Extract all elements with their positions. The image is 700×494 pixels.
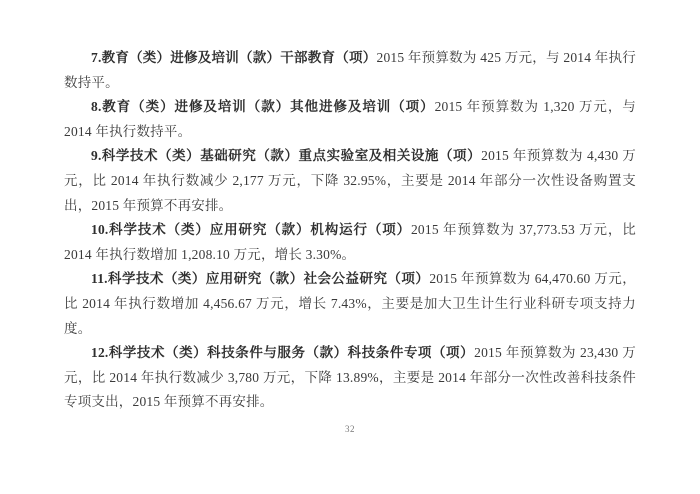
- paragraph-heading: 11.科学技术（类）应用研究（款）社会公益研究（项）: [91, 271, 429, 286]
- paragraph-item-12: 12.科学技术（类）科技条件与服务（款）科技条件专项（项）2015 年预算数为 …: [64, 341, 636, 415]
- page-number: 32: [0, 424, 700, 434]
- document-page: 7.教育（类）进修及培训（款）干部教育（项）2015 年预算数为 425 万元，…: [0, 0, 700, 494]
- paragraph-heading: 8.教育（类）进修及培训（款）其他进修及培训（项）: [91, 99, 435, 114]
- paragraph-item-7: 7.教育（类）进修及培训（款）干部教育（项）2015 年预算数为 425 万元，…: [64, 46, 636, 95]
- paragraph-heading: 9.科学技术（类）基础研究（款）重点实验室及相关设施（项）: [91, 148, 481, 163]
- paragraph-item-9: 9.科学技术（类）基础研究（款）重点实验室及相关设施（项）2015 年预算数为 …: [64, 144, 636, 218]
- paragraph-item-10: 10.科学技术（类）应用研究（款）机构运行（项）2015 年预算数为 37,77…: [64, 218, 636, 267]
- paragraph-heading: 10.科学技术（类）应用研究（款）机构运行（项）: [91, 222, 411, 237]
- document-body: 7.教育（类）进修及培训（款）干部教育（项）2015 年预算数为 425 万元，…: [64, 46, 636, 415]
- paragraph-heading: 7.教育（类）进修及培训（款）干部教育（项）: [91, 50, 377, 65]
- paragraph-item-11: 11.科学技术（类）应用研究（款）社会公益研究（项）2015 年预算数为 64,…: [64, 267, 636, 341]
- paragraph-item-8: 8.教育（类）进修及培训（款）其他进修及培训（项）2015 年预算数为 1,32…: [64, 95, 636, 144]
- paragraph-heading: 12.科学技术（类）科技条件与服务（款）科技条件专项（项）: [91, 345, 474, 360]
